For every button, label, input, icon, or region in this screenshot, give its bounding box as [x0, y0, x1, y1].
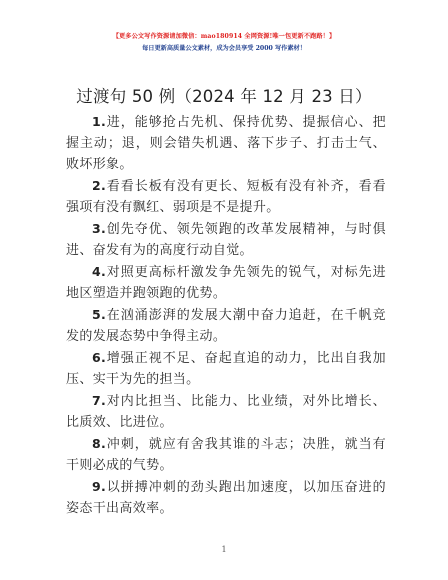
document-title: 过渡句 50 例（2024 年 12 月 23 日） — [0, 83, 448, 107]
promo-banner: 【更多公文写作资源请加微信：mao180914 全网资源!唯一包更新不跑路！】 … — [0, 31, 448, 55]
item-number: 6. — [92, 350, 106, 365]
item-number: 8. — [92, 436, 106, 451]
list-item: 8.冲刺，就应有舍我其谁的斗志；决胜，就当有干则必成的气势。 — [66, 433, 386, 476]
item-text: 对内比担当、比能力、比业绩，对外比增长、比质效、比进位。 — [66, 394, 386, 430]
item-text: 进，能够抢占先机、保持优势、提振信心、把握主动；退，则会错失机遇、落下步子、打击… — [66, 115, 386, 172]
promo-banner-line1: 【更多公文写作资源请加微信：mao180914 全网资源!唯一包更新不跑路！】 — [0, 31, 448, 43]
item-text: 冲刺，就应有舍我其谁的斗志；决胜，就当有干则必成的气势。 — [66, 437, 386, 473]
list-item: 9.以拼搏冲刺的劲头跑出加速度，以加压奋进的姿态干出高效率。 — [66, 476, 386, 519]
list-item: 3.创先夺优、领先领跑的改革发展精神，与时俱进、奋发有为的高度行动自觉。 — [66, 218, 386, 261]
item-text: 创先夺优、领先领跑的改革发展精神，与时俱进、奋发有为的高度行动自觉。 — [66, 222, 386, 258]
list-item: 7.对内比担当、比能力、比业绩，对外比增长、比质效、比进位。 — [66, 390, 386, 433]
item-number: 1. — [92, 114, 106, 129]
item-number: 5. — [92, 307, 106, 322]
item-text: 以拼搏冲刺的劲头跑出加速度，以加压奋进的姿态干出高效率。 — [66, 480, 386, 516]
item-text: 对照更高标杆激发争先领先的锐气，对标先进地区塑造并跑领跑的优势。 — [66, 265, 386, 301]
document-body: 1.进，能够抢占先机、保持优势、提振信心、把握主动；退，则会错失机遇、落下步子、… — [66, 111, 386, 519]
item-text: 看看长板有没有更长、短板有没有补齐，看看强项有没有飘红、弱项是不是提升。 — [66, 179, 386, 215]
item-text: 增强正视不足、奋起直追的动力，比出自我加压、实干为先的担当。 — [66, 351, 386, 387]
list-item: 5.在汹涌澎湃的发展大潮中奋力追赶，在千帆竞发的发展态势中争得主动。 — [66, 304, 386, 347]
list-item: 4.对照更高标杆激发争先领先的锐气，对标先进地区塑造并跑领跑的优势。 — [66, 261, 386, 304]
item-number: 2. — [92, 178, 106, 193]
document-page: 【更多公文写作资源请加微信：mao180914 全网资源!唯一包更新不跑路！】 … — [0, 0, 448, 580]
item-number: 7. — [92, 393, 106, 408]
item-text: 在汹涌澎湃的发展大潮中奋力追赶，在千帆竞发的发展态势中争得主动。 — [66, 308, 386, 344]
item-number: 3. — [92, 221, 106, 236]
item-number: 4. — [92, 264, 106, 279]
list-item: 2.看看长板有没有更长、短板有没有补齐，看看强项有没有飘红、弱项是不是提升。 — [66, 175, 386, 218]
promo-banner-line2: 每日更新高质量公文素材，成为会员享受 2000 写作素材！ — [0, 43, 448, 55]
page-number: 1 — [0, 545, 448, 554]
list-item: 6.增强正视不足、奋起直追的动力，比出自我加压、实干为先的担当。 — [66, 347, 386, 390]
list-item: 1.进，能够抢占先机、保持优势、提振信心、把握主动；退，则会错失机遇、落下步子、… — [66, 111, 386, 175]
item-number: 9. — [92, 479, 106, 494]
